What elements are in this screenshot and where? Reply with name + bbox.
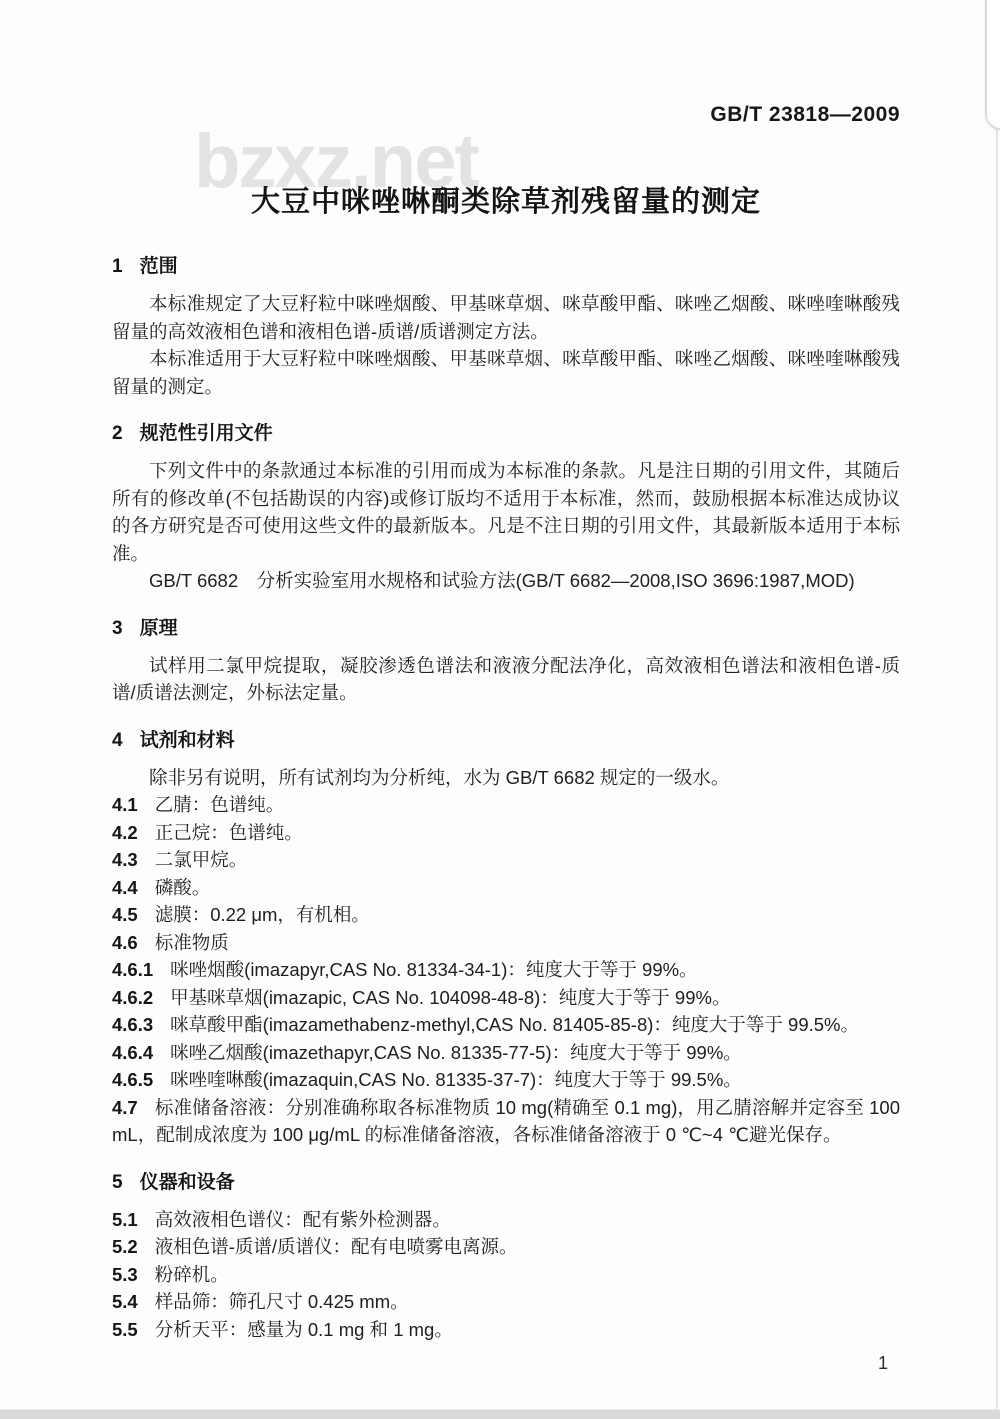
clause-4-7: 4.7标准储备溶液：分别准确称取各标准物质 10 mg(精确至 0.1 mg)，… [112,1094,900,1149]
document-page: GB/T 23818—2009 大豆中咪唑啉酮类除草剂残留量的测定 1范围 本标… [0,0,1000,1419]
section-heading-3: 3原理 [112,617,900,640]
clause-number: 4.6.1 [112,956,153,984]
paragraph: 试样用二氯甲烷提取，凝胶渗透色谱法和液液分配法净化，高效液相色谱法和液相色谱-质… [112,652,900,707]
paragraph: 本标准适用于大豆籽粒中咪唑烟酸、甲基咪草烟、咪草酸甲酯、咪唑乙烟酸、咪唑喹啉酸残… [112,345,900,400]
clause-4-6: 4.6标准物质 [112,929,900,957]
clause-5-3: 5.3粉碎机。 [112,1261,900,1289]
clause-number: 4.5 [112,901,138,929]
clause-text: 咪唑乙烟酸(imazethapyr,CAS No. 81335-77-5)：纯度… [170,1042,742,1063]
clause-text: 高效液相色谱仪：配有紫外检测器。 [155,1209,451,1230]
section-heading-2: 2规范性引用文件 [112,422,900,445]
clause-4-4: 4.4磷酸。 [112,874,900,902]
clause-number: 4.6.4 [112,1039,153,1067]
clause-number: 5.3 [112,1261,138,1289]
clause-text: 甲基咪草烟(imazapic, CAS No. 104098-48-8)：纯度大… [170,987,730,1008]
clause-4-6-4: 4.6.4咪唑乙烟酸(imazethapyr,CAS No. 81335-77-… [112,1039,900,1067]
clause-number: 4.6.5 [112,1066,153,1094]
section-number: 4 [112,729,123,752]
normative-reference: GB/T 6682 分析实验室用水规格和试验方法(GB/T 6682—2008,… [112,567,900,595]
clause-4-6-2: 4.6.2甲基咪草烟(imazapic, CAS No. 104098-48-8… [112,984,900,1012]
page-number: 1 [112,1353,900,1374]
scrollbar-track-line [996,126,998,1410]
clause-text: 二氯甲烷。 [155,849,248,870]
paragraph: 除非另有说明，所有试剂均为分析纯，水为 GB/T 6682 规定的一级水。 [112,764,900,792]
clause-number: 4.7 [112,1094,138,1122]
clause-4-6-3: 4.6.3咪草酸甲酯(imazamethabenz-methyl,CAS No.… [112,1011,900,1039]
scrollbar-thumb[interactable] [985,0,1000,130]
clause-5-1: 5.1高效液相色谱仪：配有紫外检测器。 [112,1206,900,1234]
clause-number: 4.4 [112,874,138,902]
section-number: 2 [112,422,123,445]
bottom-bar [0,1409,1000,1419]
standard-number: GB/T 23818—2009 [112,0,900,127]
clause-5-2: 5.2液相色谱-质谱/质谱仪：配有电喷雾电离源。 [112,1233,900,1261]
clause-5-4: 5.4样品筛：筛孔尺寸 0.425 mm。 [112,1288,900,1316]
clause-number: 5.2 [112,1233,138,1261]
clause-text: 乙腈：色谱纯。 [155,794,285,815]
clause-text: 磷酸。 [155,877,211,898]
section-title: 试剂和材料 [140,730,235,751]
clause-4-6-5: 4.6.5咪唑喹啉酸(imazaquin,CAS No. 81335-37-7)… [112,1066,900,1094]
clause-number: 4.6.2 [112,984,153,1012]
section-number: 1 [112,255,123,278]
section-title: 仪器和设备 [140,1172,235,1193]
clause-text: 咪草酸甲酯(imazamethabenz-methyl,CAS No. 8140… [170,1014,859,1035]
paragraph: 本标准规定了大豆籽粒中咪唑烟酸、甲基咪草烟、咪草酸甲酯、咪唑乙烟酸、咪唑喹啉酸残… [112,290,900,345]
section-title: 原理 [140,618,178,639]
clause-4-6-1: 4.6.1咪唑烟酸(imazapyr,CAS No. 81334-34-1)：纯… [112,956,900,984]
clause-text: 分析天平：感量为 0.1 mg 和 1 mg。 [155,1319,453,1340]
section-heading-1: 1范围 [112,255,900,278]
document-body: 1范围 本标准规定了大豆籽粒中咪唑烟酸、甲基咪草烟、咪草酸甲酯、咪唑乙烟酸、咪唑… [112,255,900,1374]
section-number: 5 [112,1171,123,1194]
clause-text: 标准储备溶液：分别准确称取各标准物质 10 mg(精确至 0.1 mg)，用乙腈… [112,1097,900,1146]
clause-number: 5.5 [112,1316,138,1344]
clause-number: 4.3 [112,846,138,874]
section-title: 范围 [140,256,178,277]
clause-text: 咪唑喹啉酸(imazaquin,CAS No. 81335-37-7)：纯度大于… [170,1069,742,1090]
clause-text: 液相色谱-质谱/质谱仪：配有电喷雾电离源。 [155,1236,518,1257]
section-heading-5: 5仪器和设备 [112,1171,900,1194]
section-heading-4: 4试剂和材料 [112,729,900,752]
clause-text: 咪唑烟酸(imazapyr,CAS No. 81334-34-1)：纯度大于等于… [170,959,697,980]
clause-4-5: 4.5滤膜：0.22 μm，有机相。 [112,901,900,929]
section-number: 3 [112,617,123,640]
clause-text: 正己烷：色谱纯。 [155,822,303,843]
clause-text: 标准物质 [155,932,229,953]
clause-text: 粉碎机。 [155,1264,229,1285]
clause-5-5: 5.5分析天平：感量为 0.1 mg 和 1 mg。 [112,1316,900,1344]
clause-number: 4.2 [112,819,138,847]
page-title: 大豆中咪唑啉酮类除草剂残留量的测定 [112,185,900,219]
clause-number: 5.1 [112,1206,138,1234]
clause-text: 滤膜：0.22 μm，有机相。 [155,904,370,925]
paragraph: 下列文件中的条款通过本标准的引用而成为本标准的条款。凡是注日期的引用文件，其随后… [112,457,900,567]
clause-number: 4.6.3 [112,1011,153,1039]
clause-number: 5.4 [112,1288,138,1316]
section-title: 规范性引用文件 [140,423,273,444]
clause-4-3: 4.3二氯甲烷。 [112,846,900,874]
clause-4-2: 4.2正己烷：色谱纯。 [112,819,900,847]
document-viewer: bzxz.net GB/T 23818—2009 大豆中咪唑啉酮类除草剂残留量的… [0,0,1000,1419]
clause-4-1: 4.1乙腈：色谱纯。 [112,791,900,819]
clause-text: 样品筛：筛孔尺寸 0.425 mm。 [155,1291,409,1312]
clause-number: 4.1 [112,791,138,819]
clause-number: 4.6 [112,929,138,957]
